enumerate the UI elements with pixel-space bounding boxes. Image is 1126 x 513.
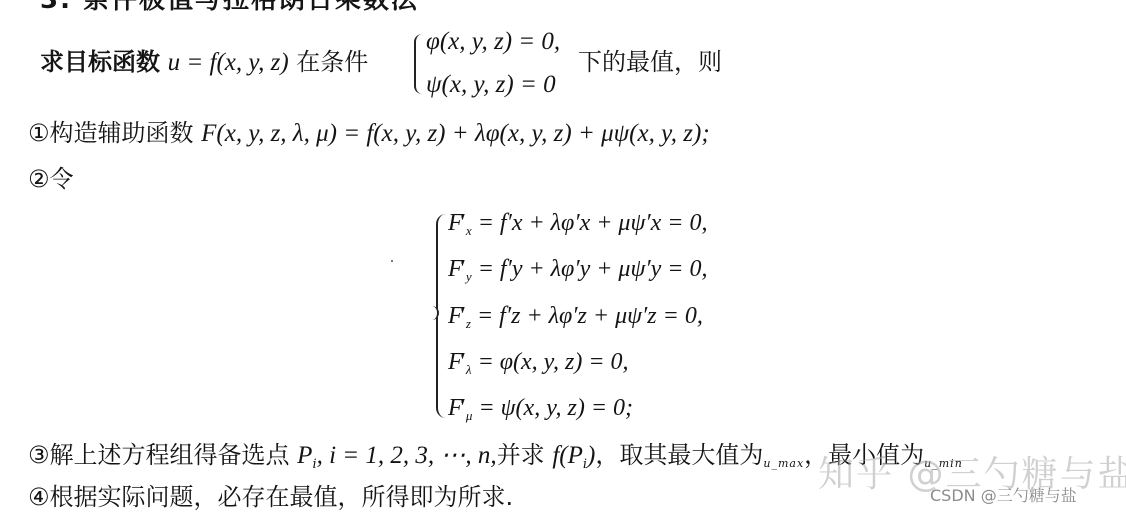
equation-subscript: μ <box>466 408 473 423</box>
equation-row: F′y = f′y + λφ′y + μψ′y = 0, <box>448 256 707 285</box>
equation-row: F′z = f′z + λφ′z + μψ′z = 0, <box>448 303 703 332</box>
equation-subscript: λ <box>466 362 472 377</box>
function-eval: f(P <box>552 442 583 469</box>
equation-subscript: z <box>466 316 471 331</box>
statement-suffix: 下的最值，则 <box>578 48 722 76</box>
objective-function: u = f(x, y, z) <box>168 49 289 76</box>
constraint-brace <box>414 34 422 94</box>
equation-row: F′λ = φ(x, y, z) = 0, <box>448 349 629 378</box>
step-marker: ① <box>28 119 50 147</box>
step-label: 令 <box>50 165 74 193</box>
max-symbol: u_max <box>763 457 804 470</box>
step-marker: ④ <box>28 483 50 511</box>
statement-prefix: 求目标函数 <box>40 48 160 76</box>
step-label: 构造辅助函数 <box>50 119 194 147</box>
statement-mid: 在条件 <box>296 48 368 76</box>
equation-rhs: = ψ(x, y, z) = 0; <box>478 395 633 421</box>
lagrangian-formula: F(x, y, z, λ, μ) = f(x, y, z) + λφ(x, y,… <box>201 120 710 147</box>
scan-speck <box>391 260 393 262</box>
step-1: ①构造辅助函数 F(x, y, z, λ, μ) = f(x, y, z) + … <box>28 119 710 148</box>
equation-subscript: y <box>466 269 472 284</box>
index-range: , i = 1, 2, 3, ⋯, n, <box>317 442 497 469</box>
step-text: 解上述方程组得备选点 <box>50 441 290 469</box>
step-2: ②令 <box>28 165 74 193</box>
equation-rhs: = φ(x, y, z) = 0, <box>478 349 629 375</box>
step-text: ，取其最大值为 <box>595 441 763 469</box>
step-text: 根据实际问题，必存在最值，所得即为所求. <box>50 483 514 511</box>
section-heading: 3. 条件极值与拉格朗日乘数法 <box>40 0 419 14</box>
equation-row: F′x = f′x + λφ′x + μψ′x = 0, <box>448 210 707 239</box>
step-marker: ② <box>28 165 50 193</box>
problem-statement: 求目标函数 u = f(x, y, z) 在条件 <box>40 48 368 77</box>
step-text: 并求 <box>497 441 545 469</box>
constraint-2: ψ(x, y, z) = 0 <box>426 71 556 99</box>
step-4: ④根据实际问题，必存在最值，所得即为所求. <box>28 483 513 511</box>
equation-rhs: = f′x + λφ′x + μψ′x = 0, <box>478 210 708 236</box>
csdn-watermark: CSDN @三勺糖与盐 <box>930 483 1077 506</box>
step-marker: ③ <box>28 441 50 469</box>
constraint-1: φ(x, y, z) = 0, <box>426 28 560 56</box>
point-symbol: P <box>297 442 312 469</box>
equation-rhs: = f′y + λφ′y + μψ′y = 0, <box>478 256 708 282</box>
equation-row: F′μ = ψ(x, y, z) = 0; <box>448 395 633 424</box>
equation-rhs: = f′z + λφ′z + μψ′z = 0, <box>477 303 703 329</box>
equation-subscript: x <box>466 223 472 238</box>
